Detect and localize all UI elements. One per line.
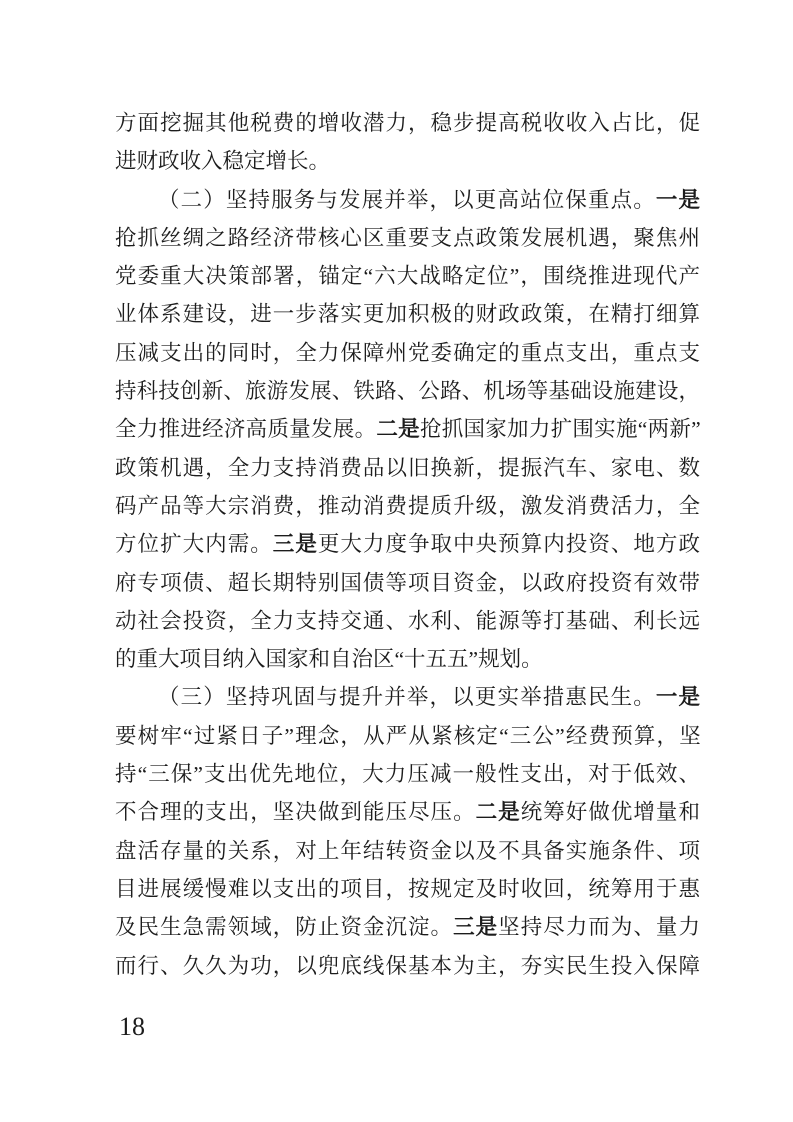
text-run: 党委重大决策部署，锚定“六大战略定位”，围绕推进现代产 [115,264,700,288]
text-line: 全力推进经济高质量发展。二是抢抓国家加力扩围实施“两新” [115,410,700,448]
text-run: 盘活存量的关系，对上年结转资金以及不具备实施条件、项 [115,839,700,863]
text-run: 全力推进经济高质量发展。 [115,417,376,441]
text-line: 业体系建设，进一步落实更加积极的财政政策，在精打细算 [115,295,700,333]
text-run: （二）坚持服务与发展并举，以更高站位保重点。 [158,188,656,212]
page-number: 18 [119,1014,145,1040]
text-run: 坚持尽力而为、量力 [498,915,700,939]
text-run: 不合理的支出，坚决做到能压尽压。 [115,800,476,824]
text-run: 政策机遇，全力支持消费品以旧换新，提振汽车、家电、数 [115,456,700,480]
text-line: 方面挖掘其他税费的增收潜力，稳步提高税收收入占比，促 [115,104,700,142]
text-run: 抢抓国家加力扩围实施“两新” [420,417,700,441]
text-run: 抢抓丝绸之路经济带核心区重要支点政策发展机遇，聚焦州 [115,226,700,250]
text-line: 政策机遇，全力支持消费品以旧换新，提振汽车、家电、数 [115,449,700,487]
emphasis-text-run: 一是 [656,188,700,212]
text-line: 府专项债、超长期特别国债等项目资金，以政府投资有效带 [115,564,700,602]
text-run: 的重大项目纳入国家和自治区“十五五”规划。 [115,647,543,671]
text-run: （三）坚持巩固与提升并举，以更实举措惠民生。 [158,685,656,709]
text-line: 持“三保”支出优先地位，大力压减一般性支出，对于低效、 [115,755,700,793]
text-line: 动社会投资，全力支持交通、水利、能源等打基础、利长远 [115,602,700,640]
text-run: 更大力度争取中央预算内投资、地方政 [318,532,700,556]
text-run: 统筹好做优增量和 [521,800,700,824]
emphasis-text-run: 一是 [656,685,700,709]
text-line: 目进展缓慢难以支出的项目，按规定及时收回，统筹用于惠 [115,870,700,908]
text-line: 持科技创新、旅游发展、铁路、公路、机场等基础设施建设， [115,372,700,410]
text-run: 方位扩大内需。 [115,532,273,556]
emphasis-text-run: 二是 [376,417,420,441]
text-line: 要树牢“过紧日子”理念，从严从紧核定“三公”经费预算，坚 [115,717,700,755]
text-line: 盘活存量的关系，对上年结转资金以及不具备实施条件、项 [115,832,700,870]
text-run: 进财政收入稳定增长。 [115,149,330,173]
emphasis-text-run: 三是 [273,532,318,556]
text-line: 的重大项目纳入国家和自治区“十五五”规划。 [115,640,700,678]
text-line: 党委重大决策部署，锚定“六大战略定位”，围绕推进现代产 [115,257,700,295]
text-run: 目进展缓慢难以支出的项目，按规定及时收回，统筹用于惠 [115,877,700,901]
document-body: 方面挖掘其他税费的增收潜力，稳步提高税收收入占比，促进财政收入稳定增长。（二）坚… [115,104,700,985]
text-line: （二）坚持服务与发展并举，以更高站位保重点。一是 [115,181,700,219]
text-run: 而行、久久为功，以兜底线保基本为主，夯实民生投入保障 [115,954,700,978]
text-line: 码产品等大宗消费，推动消费提质升级，激发消费活力，全 [115,487,700,525]
text-run: 持科技创新、旅游发展、铁路、公路、机场等基础设施建设， [115,379,700,403]
text-run: 持“三保”支出优先地位，大力压减一般性支出，对于低效、 [115,762,700,786]
text-line: 而行、久久为功，以兜底线保基本为主，夯实民生投入保障 [115,947,700,985]
text-line: 及民生急需领域，防止资金沉淀。三是坚持尽力而为、量力 [115,908,700,946]
text-run: 府专项债、超长期特别国债等项目资金，以政府投资有效带 [115,571,700,595]
emphasis-text-run: 三是 [453,915,498,939]
document-page: 方面挖掘其他税费的增收潜力，稳步提高税收收入占比，促进财政收入稳定增长。（二）坚… [0,0,793,1122]
text-line: 抢抓丝绸之路经济带核心区重要支点政策发展机遇，聚焦州 [115,219,700,257]
text-run: 要树牢“过紧日子”理念，从严从紧核定“三公”经费预算，坚 [115,724,700,748]
text-run: 及民生急需领域，防止资金沉淀。 [115,915,453,939]
text-run: 压减支出的同时，全力保障州党委确定的重点支出，重点支 [115,341,700,365]
text-line: 不合理的支出，坚决做到能压尽压。二是统筹好做优增量和 [115,793,700,831]
text-run: 码产品等大宗消费，推动消费提质升级，激发消费活力，全 [115,494,700,518]
text-line: 进财政收入稳定增长。 [115,142,700,180]
text-run: 动社会投资，全力支持交通、水利、能源等打基础、利长远 [115,609,700,633]
text-line: 方位扩大内需。三是更大力度争取中央预算内投资、地方政 [115,525,700,563]
text-line: 压减支出的同时，全力保障州党委确定的重点支出，重点支 [115,334,700,372]
text-run: 方面挖掘其他税费的增收潜力，稳步提高税收收入占比，促 [115,111,700,135]
text-line: （三）坚持巩固与提升并举，以更实举措惠民生。一是 [115,678,700,716]
text-run: 业体系建设，进一步落实更加积极的财政政策，在精打细算 [115,302,700,326]
emphasis-text-run: 二是 [476,800,521,824]
